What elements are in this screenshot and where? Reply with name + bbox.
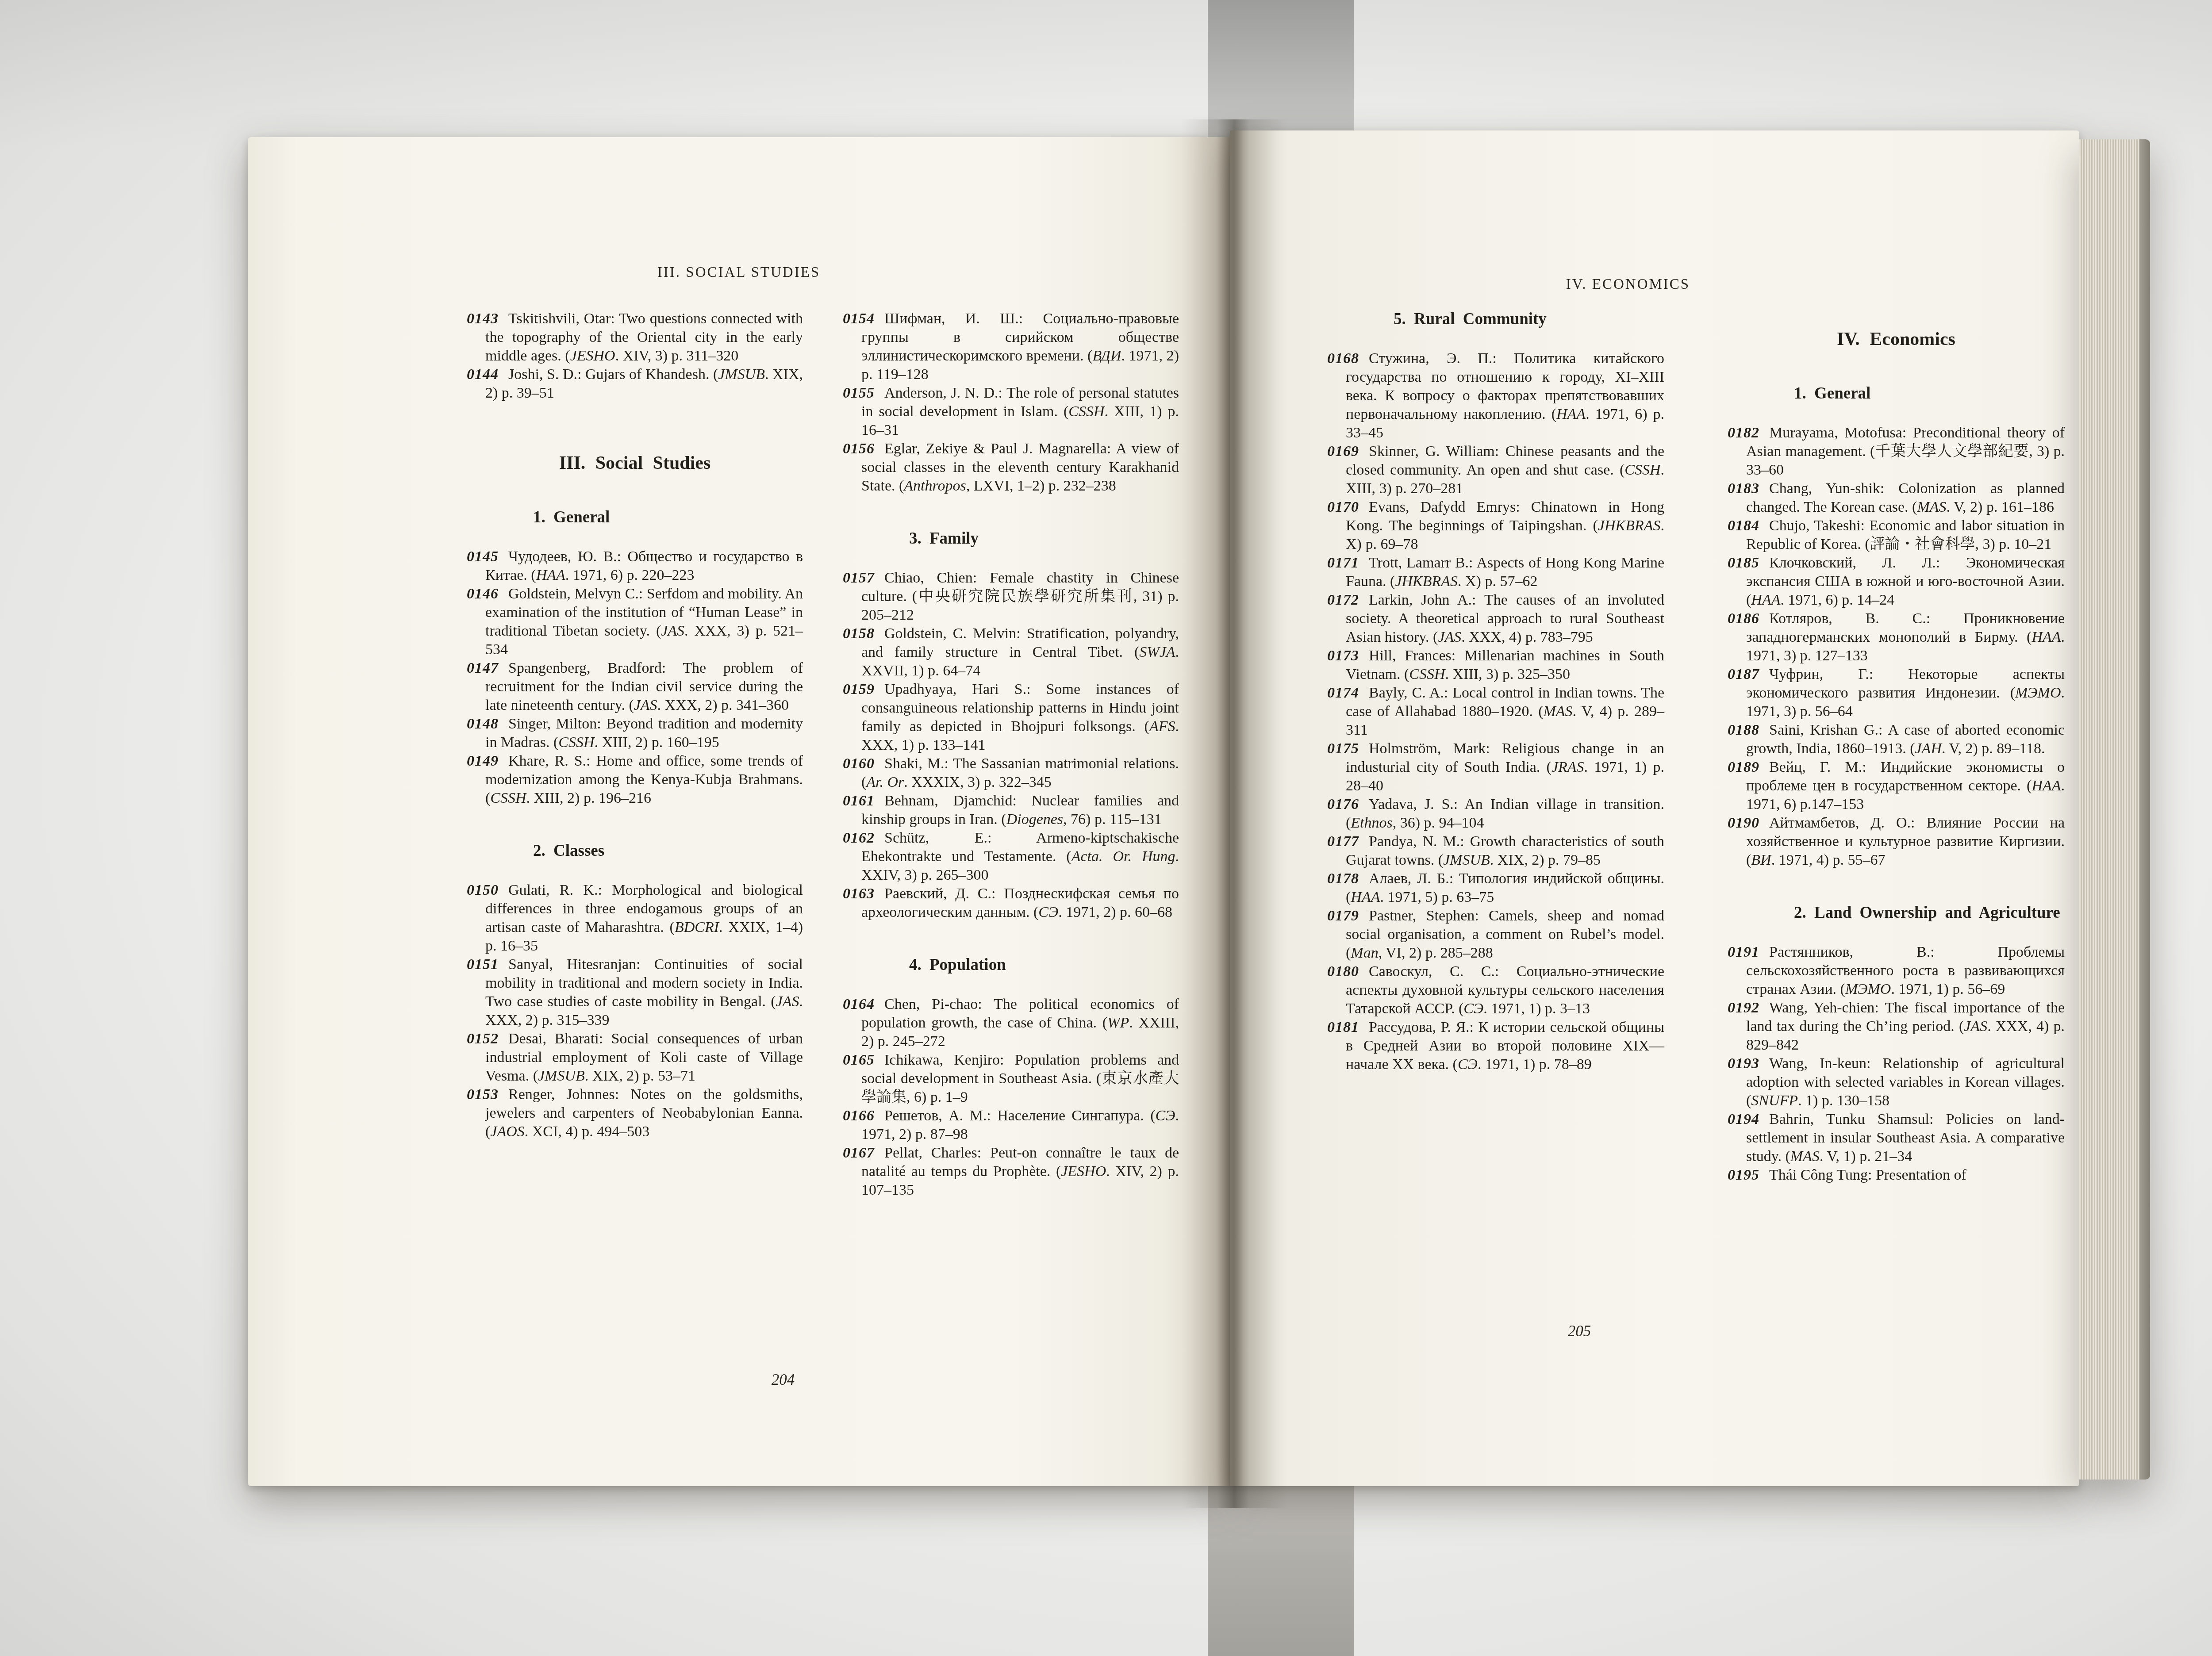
entry-number: 0171 [1327, 555, 1359, 571]
bibliography-entry: 0186Котляров, В. С.: Проникновение запад… [1728, 609, 2065, 665]
bibliography-entry: 0175Holmström, Mark: Religious change in… [1327, 740, 1664, 795]
entry-number: 0147 [467, 660, 499, 676]
entry-number: 0190 [1728, 815, 1759, 831]
bibliography-entry: 0167Pellat, Charles: Peut-on connaître l… [843, 1144, 1179, 1200]
bibliography-entry: 0151Sanyal, Hitesranjan: Continuities of… [467, 955, 803, 1030]
entry-number: 0178 [1327, 870, 1359, 887]
bibliography-entry: 0156Eglar, Zekiye & Paul J. Magnarella: … [843, 440, 1179, 495]
entry-number: 0156 [843, 441, 875, 457]
bibliography-entry: 0188Saini, Krishan G.: A case of aborted… [1728, 721, 2065, 758]
entry-number: 0192 [1728, 1000, 1759, 1016]
entry-number: 0174 [1327, 685, 1359, 701]
entry-number: 0162 [843, 830, 875, 846]
subsection-heading: 1. General [1794, 384, 2065, 403]
entry-number: 0151 [467, 956, 499, 973]
bibliography-entry: 0194Bahrin, Tunku Shamsul: Policies on l… [1728, 1110, 2065, 1166]
entry-number: 0150 [467, 882, 499, 898]
subsection-heading: 3. Family [909, 529, 1179, 548]
subsection-heading: 2. Land Ownership and Agriculture [1794, 903, 2065, 923]
entry-number: 0177 [1327, 833, 1359, 850]
bibliography-entry: 0149Khare, R. S.: Home and office, some … [467, 752, 803, 808]
entry-number: 0155 [843, 385, 875, 401]
entry-number: 0146 [467, 586, 499, 602]
bibliography-entry: 0155Anderson, J. N. D.: The role of pers… [843, 384, 1179, 440]
subsection-heading: 5. Rural Community [1394, 310, 1664, 329]
bibliography-entry: 0163Раевский, Д. С.: Позднескифская семь… [843, 885, 1179, 922]
bibliography-entry: 0190Айтмамбетов, Д. О.: Влияние России н… [1728, 814, 2065, 870]
entry-number: 0157 [843, 570, 875, 586]
bibliography-entry: 0164Chen, Pi-chao: The political economi… [843, 995, 1179, 1051]
bibliography-entry: 0179Pastner, Stephen: Camels, sheep and … [1327, 907, 1664, 962]
entry-number: 0194 [1728, 1111, 1759, 1127]
bibliography-entry: 0178Алаев, Л. Б.: Типология индийской об… [1327, 870, 1664, 907]
left-page-column-1: 0143Tskitishvili, Otar: Two questions co… [467, 310, 803, 1141]
bibliography-entry: 0181Рассудова, Р. Я.: К истории сельской… [1327, 1018, 1664, 1074]
left-page: III. SOCIAL STUDIES 0143Tskitishvili, Ot… [248, 137, 1230, 1486]
entry-number: 0166 [843, 1108, 875, 1124]
entry-number: 0164 [843, 996, 875, 1012]
bibliography-entry: 0180Савоскул, С. С.: Социально-этнически… [1327, 962, 1664, 1018]
entry-number: 0191 [1728, 944, 1759, 960]
entry-number: 0172 [1327, 592, 1359, 608]
bibliography-entry: 0172Larkin, John A.: The causes of an in… [1327, 591, 1664, 647]
entry-number: 0183 [1728, 480, 1759, 497]
section-heading: IV. Economics [1728, 328, 2065, 350]
bibliography-entry: 0176Yadava, J. S.: An Indian village in … [1327, 795, 1664, 832]
bibliography-entry: 0158Goldstein, C. Melvin: Stratification… [843, 625, 1179, 680]
bibliography-entry: 0191Растянников, В.: Проблемы сельскохоз… [1728, 943, 2065, 999]
bibliography-entry: 0153Renger, Johnnes: Notes on the goldsm… [467, 1085, 803, 1141]
bibliography-entry: 0195Thái Công Tung: Presentation of [1728, 1166, 2065, 1184]
bibliography-entry: 0157Chiao, Chien: Female chastity in Chi… [843, 569, 1179, 625]
photo-backdrop: III. SOCIAL STUDIES 0143Tskitishvili, Ot… [0, 0, 2212, 1656]
page-edges [2079, 139, 2150, 1480]
bibliography-entry: 0193Wang, In-keun: Relationship of agric… [1728, 1054, 2065, 1110]
bibliography-entry: 0147Spangenberg, Bradford: The problem o… [467, 659, 803, 715]
bibliography-entry: 0143Tskitishvili, Otar: Two questions co… [467, 310, 803, 365]
right-page-column-1: 5. Rural Community0168Стужина, Э. П.: По… [1327, 310, 1664, 1074]
right-page-column-2: IV. Economics1. General0182Murayama, Mot… [1728, 310, 2065, 1184]
bibliography-entry: 0162Schütz, E.: Armeno-kiptschakische Eh… [843, 829, 1179, 885]
bibliography-entry: 0159Upadhyaya, Hari S.: Some instances o… [843, 680, 1179, 755]
bibliography-entry: 0160Shaki, M.: The Sassanian matrimonial… [843, 755, 1179, 792]
bibliography-entry: 0148Singer, Milton: Beyond tradition and… [467, 715, 803, 752]
bibliography-entry: 0146Goldstein, Melvyn C.: Serfdom and mo… [467, 585, 803, 659]
entry-number: 0175 [1327, 740, 1359, 757]
entry-number: 0152 [467, 1031, 499, 1047]
bibliography-entry: 0192Wang, Yeh-chien: The fiscal importan… [1728, 999, 2065, 1054]
entry-number: 0182 [1728, 425, 1759, 441]
entry-number: 0170 [1327, 499, 1359, 515]
entry-number: 0165 [843, 1052, 875, 1068]
bibliography-entry: 0177Pandya, N. M.: Growth characteristic… [1327, 832, 1664, 870]
bibliography-entry: 0154Шифман, И. Ш.: Социально-правовые гр… [843, 310, 1179, 384]
bibliography-entry: 0144Joshi, S. D.: Gujars of Khandesh. (J… [467, 365, 803, 402]
entry-number: 0169 [1327, 443, 1359, 460]
section-heading: III. Social Studies [467, 452, 803, 474]
entry-number: 0180 [1327, 963, 1359, 980]
entry-number: 0160 [843, 755, 875, 772]
entry-number: 0188 [1728, 722, 1759, 738]
bibliography-entry: 0150Gulati, R. K.: Morphological and bio… [467, 881, 803, 955]
entry-number: 0159 [843, 681, 875, 698]
entry-number: 0173 [1327, 648, 1359, 664]
entry-number: 0163 [843, 885, 875, 902]
bibliography-entry: 0161Behnam, Djamchid: Nuclear families a… [843, 792, 1179, 829]
entry-number: 0181 [1327, 1019, 1359, 1035]
bibliography-entry: 0169Skinner, G. William: Chinese peasant… [1327, 442, 1664, 498]
bibliography-entry: 0187Чуфрин, Г.: Некоторые аспекты эконом… [1728, 665, 2065, 721]
bibliography-entry: 0152Desai, Bharati: Social consequences … [467, 1030, 803, 1085]
entry-number: 0158 [843, 625, 875, 642]
entry-number: 0179 [1327, 908, 1359, 924]
bibliography-entry: 0170Evans, Dafydd Emrys: Chinatown in Ho… [1327, 498, 1664, 554]
running-head-left: III. SOCIAL STUDIES [657, 264, 820, 281]
entry-number: 0185 [1728, 555, 1759, 571]
bibliography-entry: 0185Клочковский, Л. Л.: Экономическая эк… [1728, 554, 2065, 609]
bibliography-entry: 0145Чудодеев, Ю. В.: Общество и государс… [467, 548, 803, 585]
entry-number: 0161 [843, 793, 875, 809]
entry-number: 0153 [467, 1086, 499, 1103]
entry-number: 0176 [1327, 796, 1359, 813]
entry-number: 0168 [1327, 350, 1359, 367]
bibliography-entry: 0184Chujo, Takeshi: Economic and labor s… [1728, 517, 2065, 554]
entry-number: 0187 [1728, 666, 1759, 682]
running-head-right: IV. ECONOMICS [1566, 276, 1690, 293]
page-number-left: 204 [772, 1371, 795, 1389]
entry-number: 0186 [1728, 610, 1759, 627]
entry-number: 0144 [467, 366, 499, 383]
entry-number: 0167 [843, 1145, 875, 1161]
entry-number: 0195 [1728, 1167, 1759, 1183]
book-cover-edge [2139, 139, 2150, 1480]
entry-number: 0189 [1728, 759, 1759, 775]
page-number-right: 205 [1568, 1322, 1591, 1340]
right-page: IV. ECONOMICS 5. Rural Community0168Стуж… [1230, 130, 2079, 1486]
left-page-column-2: 0154Шифман, И. Ш.: Социально-правовые гр… [843, 310, 1179, 1200]
bibliography-entry: 0182Murayama, Motofusa: Preconditional t… [1728, 424, 2065, 479]
entry-number: 0148 [467, 716, 499, 732]
bibliography-entry: 0183Chang, Yun-shik: Colonization as pla… [1728, 479, 2065, 517]
subsection-heading: 2. Classes [533, 841, 803, 861]
entry-number: 0143 [467, 310, 499, 327]
bibliography-entry: 0174Bayly, C. A.: Local control in India… [1327, 684, 1664, 740]
subsection-heading: 4. Population [909, 955, 1179, 975]
bibliography-entry: 0165Ichikawa, Kenjiro: Population proble… [843, 1051, 1179, 1107]
entry-number: 0193 [1728, 1055, 1759, 1072]
bibliography-entry: 0171Trott, Lamarr B.: Aspects of Hong Ko… [1327, 554, 1664, 591]
open-book: III. SOCIAL STUDIES 0143Tskitishvili, Ot… [248, 119, 2150, 1508]
entry-number: 0184 [1728, 517, 1759, 534]
entry-number: 0154 [843, 310, 875, 327]
subsection-heading: 1. General [533, 508, 803, 527]
entry-number: 0145 [467, 548, 499, 565]
bibliography-entry: 0189Вейц, Г. М.: Индийские экономисты о … [1728, 758, 2065, 814]
bibliography-entry: 0173Hill, Frances: Millenarian machines … [1327, 647, 1664, 684]
bibliography-entry: 0166Решетов, А. М.: Население Сингапура.… [843, 1107, 1179, 1144]
bibliography-entry: 0168Стужина, Э. П.: Политика китайского … [1327, 349, 1664, 442]
entry-number: 0149 [467, 753, 499, 769]
